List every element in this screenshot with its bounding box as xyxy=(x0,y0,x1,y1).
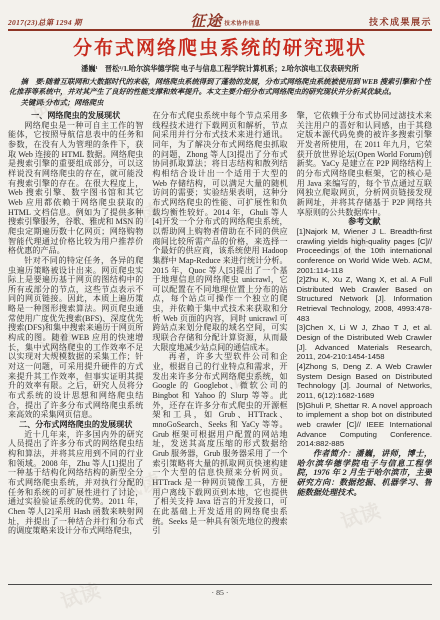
body-paragraph: 再者，许多大型软件公司和企业，根据自己的行业特点和需求，开发出来许多分布式网络爬… xyxy=(152,352,287,535)
reference-item: [1]Najork M, Wiener J L. Breadth-first c… xyxy=(297,227,432,275)
abstract: 摘 要:随着互联网和大数据时代的来临，网络爬虫系统得到了蓬勃的发展，分布式网络爬… xyxy=(9,77,431,98)
issue-number: 2017(23)总第 1294 期 xyxy=(8,17,82,29)
references-heading: 参考文献 xyxy=(297,217,432,227)
footer-rule xyxy=(8,584,432,585)
body-column-1: 一、网络爬虫的发展现状 网络爬虫是一种可自主工作的智能体，它按照导航信息表中的任… xyxy=(8,111,143,579)
author-affiliation-line: 潘巍¹ 晋松²/1.哈尔滨华德学院 电子与信息工程学院计算机系；2.哈尔滨电工仪… xyxy=(8,64,432,74)
author-bio: 作者简介：潘巍，讲师，博士，哈尔滨华德学院电子与信息工程学院，1976 年 2 … xyxy=(297,449,432,497)
section-heading-2: 二、分布式网络爬虫的发展现状 xyxy=(8,420,143,430)
keywords: 关键词:分布式；网络爬虫 xyxy=(9,98,431,108)
journal-page: 试读 试读 试读 试读 试读 试读 试读 试读 试读 2017(23)总第 12… xyxy=(0,0,440,620)
article-title: 分布式网络爬虫系统的研究现状 xyxy=(0,33,440,60)
body-column-3: 擎，它依赖于分布式协同过滤技术来关注用户的喜好和认同感，由于其稳定版本源代码免费… xyxy=(297,111,432,579)
body-paragraph: 擎，它依赖于分布式协同过滤技术来关注用户的喜好和认同感，由于其稳定版本源代码免费… xyxy=(297,111,432,217)
section-label: 技术成果展示 xyxy=(369,15,432,29)
body-column-2: 在分布式爬虫系统中每个节点采用多线程技术进行下载网页和解析，节点间采用并行分布式… xyxy=(152,111,287,579)
reference-item: [4]Zhong S, Deng Z. A Web Crawler System… xyxy=(297,362,432,401)
journal-logo-subtitle: 技术协作信息 xyxy=(224,19,260,29)
body-paragraph: 在分布式爬虫系统中每个节点采用多线程技术进行下载网页和解析，节点间采用并行分布式… xyxy=(152,111,287,352)
body-columns: 一、网络爬虫的发展现状 网络爬虫是一种可自主工作的智能体，它按照导航信息表中的任… xyxy=(8,111,432,579)
keywords-text: 分布式；网络爬虫 xyxy=(45,98,103,107)
page-header: 2017(23)总第 1294 期 征途 技术协作信息 技术成果展示 xyxy=(8,12,432,31)
reference-item: [5]Ghuli P, Shettar R. A novel approach … xyxy=(297,401,432,449)
abstract-label: 摘 要: xyxy=(21,77,45,86)
reference-item: [2]Zhu K, Xu Z, Wang X, et al. A Full Di… xyxy=(297,275,432,323)
journal-logo-script: 征途 xyxy=(190,15,222,29)
section-heading-1: 一、网络爬虫的发展现状 xyxy=(8,111,143,121)
body-paragraph: 网络爬虫是一种可自主工作的智能体，它按照导航信息表中的任务和参数，在没有人为管理… xyxy=(8,121,143,256)
body-paragraph: 针对不同的特定任务，各异的爬虫遍历策略被设计出来。网页爬虫实际上是要遍历基于网页… xyxy=(8,256,143,420)
body-paragraph: 近十几年来，许多国内外的研究人员提出了许多分布式的网络爬虫结构和算法，并将其应用… xyxy=(8,430,143,536)
journal-logo: 征途 技术协作信息 xyxy=(190,15,260,29)
abstract-text: 随着互联网和大数据时代的来临，网络爬虫系统得到了蓬勃的发展，分布式网络爬虫系统被… xyxy=(9,77,431,96)
keywords-label: 关键词: xyxy=(21,98,45,107)
reference-item: [3]Chen X, Li W J, Zhao T J, et al. Desi… xyxy=(297,323,432,362)
page-number: · 85 · xyxy=(0,588,440,597)
